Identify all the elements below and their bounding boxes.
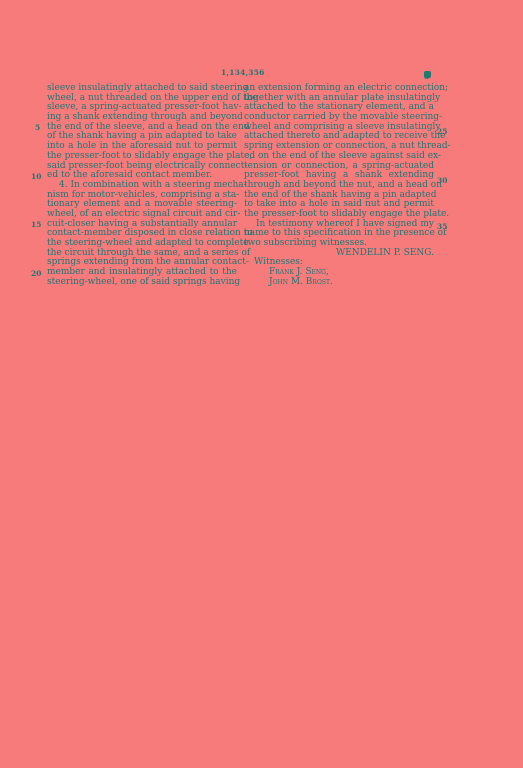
line-number: 20 xyxy=(31,269,41,278)
page-number: 3 xyxy=(424,71,431,78)
text-line: steering-wheel, one of said springs havi… xyxy=(47,278,237,288)
patent-number: 1,134,356 xyxy=(221,68,265,77)
line-number: 15 xyxy=(31,220,41,229)
line-number: 5 xyxy=(35,123,40,132)
witness-name: John M. Brost. xyxy=(244,278,434,288)
line-number: 10 xyxy=(31,172,41,181)
line-number: 25 xyxy=(437,127,447,136)
line-number: 30 xyxy=(437,176,447,185)
line-number: 35 xyxy=(437,222,447,231)
left-column: sleeve insulatingly attached to said ste… xyxy=(47,84,237,287)
right-column: an extension forming an electric connect… xyxy=(244,84,434,287)
